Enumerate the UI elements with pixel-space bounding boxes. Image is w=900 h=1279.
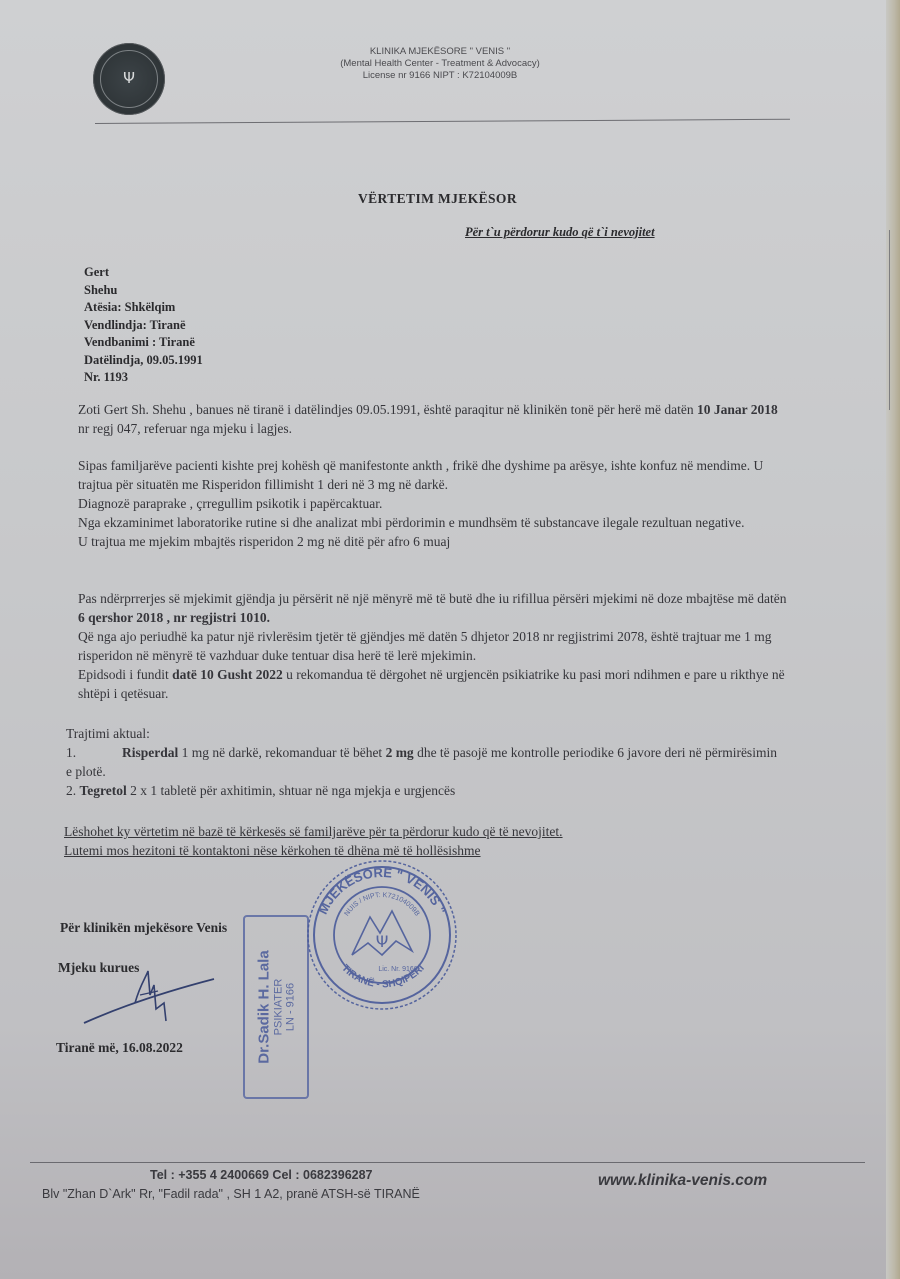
psi-logo-icon: Ψ [93, 69, 165, 87]
episode-text: Epidsodi i fundit [78, 667, 172, 682]
patient-first-name: Gert [84, 264, 203, 282]
current-treatment: Trajtimi aktual: 1.Risperdal 1 mg në dar… [66, 724, 778, 800]
stamp-doctor-name: Dr.Sadik H. Lala [256, 950, 273, 1063]
intro-text-end: nr regj 047, referuar nga mjeku i lagjes… [78, 421, 292, 436]
footer-website: www.klinika-venis.com [598, 1172, 767, 1190]
patient-last-name: Shehu [84, 282, 203, 300]
svg-text:Lic. Nr. 9166: Lic. Nr. 9166 [378, 966, 417, 973]
item-number: 2. [66, 783, 76, 798]
drug-name: Tegretol [80, 783, 127, 798]
handwritten-signature [80, 965, 220, 1030]
clinic-tagline: (Mental Health Center - Treatment & Advo… [290, 58, 590, 70]
svg-text:Ψ: Ψ [376, 932, 389, 951]
treatment-heading: Trajtimi aktual: [66, 724, 778, 743]
lab-results-line: Nga ekzaminimet laboratorike rutine si d… [78, 513, 790, 532]
for-clinic-label: Për klinikën mjekësore Venis [60, 920, 227, 936]
patient-details: Gert Shehu Atësia: Shkëlqim Vendlindja: … [84, 264, 203, 387]
intro-paragraph: Zoti Gert Sh. Shehu , banues në tiranë i… [78, 400, 790, 438]
stamp-doctor-license: LN - 9166 [285, 950, 297, 1063]
document-title: VËRTETIM MJEKËSOR [358, 191, 517, 207]
course-paragraph: Pas ndërprrerjes së mjekimit gjëndja ju … [78, 589, 790, 703]
history-paragraph: Sipas familjarëve pacienti kishte prej k… [78, 456, 790, 551]
svg-text:MJEKËSORE " VENIS ": MJEKËSORE " VENIS " [315, 865, 449, 917]
footer-address: Blv "Zhan D`Ark" Rr, "Fadil rada" , SH 1… [42, 1187, 420, 1201]
page-fold-line [889, 230, 890, 410]
footer-divider [30, 1162, 865, 1163]
patient-birthdate: Datëlindja, 09.05.1991 [84, 352, 203, 370]
clinic-name: KLINIKA MJEKËSORE " VENIS " [290, 46, 590, 58]
document-page: Ψ KLINIKA MJEKËSORE " VENIS " (Mental He… [0, 0, 888, 1279]
patient-number: Nr. 1193 [84, 369, 203, 387]
treatment-item-1: 1.Risperdal 1 mg në darkë, rekomanduar t… [66, 743, 778, 781]
item-number: 1. [66, 743, 122, 762]
stamp-doctor-role: PSIKIATER [273, 950, 285, 1063]
reevaluation-text: Që nga ajo periudhë ka patur një rivlerë… [78, 627, 790, 665]
dose-text: 2 x 1 tabletë për axhitimin, shtuar në n… [127, 783, 456, 798]
header-divider [95, 119, 790, 124]
treatment-item-2: 2. Tegretol 2 x 1 tabletë për axhitimin,… [66, 781, 778, 800]
recommended-dose: 2 mg [386, 745, 414, 760]
document-subtitle: Për t`u përdorur kudo që t`i nevojitet [465, 225, 655, 240]
patient-birthplace: Vendlindja: Tiranë [84, 317, 203, 335]
footer-phone: Tel : +355 4 2400669 Cel : 0682396287 [150, 1168, 373, 1182]
diagnosis-line: Diagnozë paraprake , çrregullim psikotik… [78, 494, 790, 513]
clinic-license: License nr 9166 NIPT : K72104009B [290, 70, 590, 82]
patient-father: Atësia: Shkëlqim [84, 299, 203, 317]
intro-text: Zoti Gert Sh. Shehu , banues në tiranë i… [78, 402, 697, 417]
episode-date: datë 10 Gusht 2022 [172, 667, 283, 682]
history-line: Sipas familjarëve pacienti kishte prej k… [78, 456, 790, 494]
drug-name: Risperdal [122, 745, 178, 760]
clinic-letterhead: KLINIKA MJEKËSORE " VENIS " (Mental Heal… [290, 46, 590, 82]
clinic-logo: Ψ [93, 43, 165, 115]
dose-text: 1 mg në darkë, rekomanduar të bëhet [178, 745, 385, 760]
maintenance-line: U trajtua me mjekim mbajtës risperidon 2… [78, 532, 790, 551]
place-date: Tiranë më, 16.08.2022 [56, 1040, 183, 1056]
relapse-text: Pas ndërprrerjes së mjekimit gjëndja ju … [78, 591, 787, 606]
resume-date: 6 qershor 2018 , nr regjistri 1010. [78, 610, 270, 625]
patient-residence: Vendbanimi : Tiranë [84, 334, 203, 352]
page-edge-shadow [886, 0, 900, 1279]
clinic-round-stamp: MJEKËSORE " VENIS " TIRANË - SHQIPËRI NU… [300, 855, 465, 1015]
closing-line-1: Lëshohet ky vërtetim në bazë të kërkesës… [64, 822, 776, 841]
first-visit-date: 10 Janar 2018 [697, 402, 778, 417]
